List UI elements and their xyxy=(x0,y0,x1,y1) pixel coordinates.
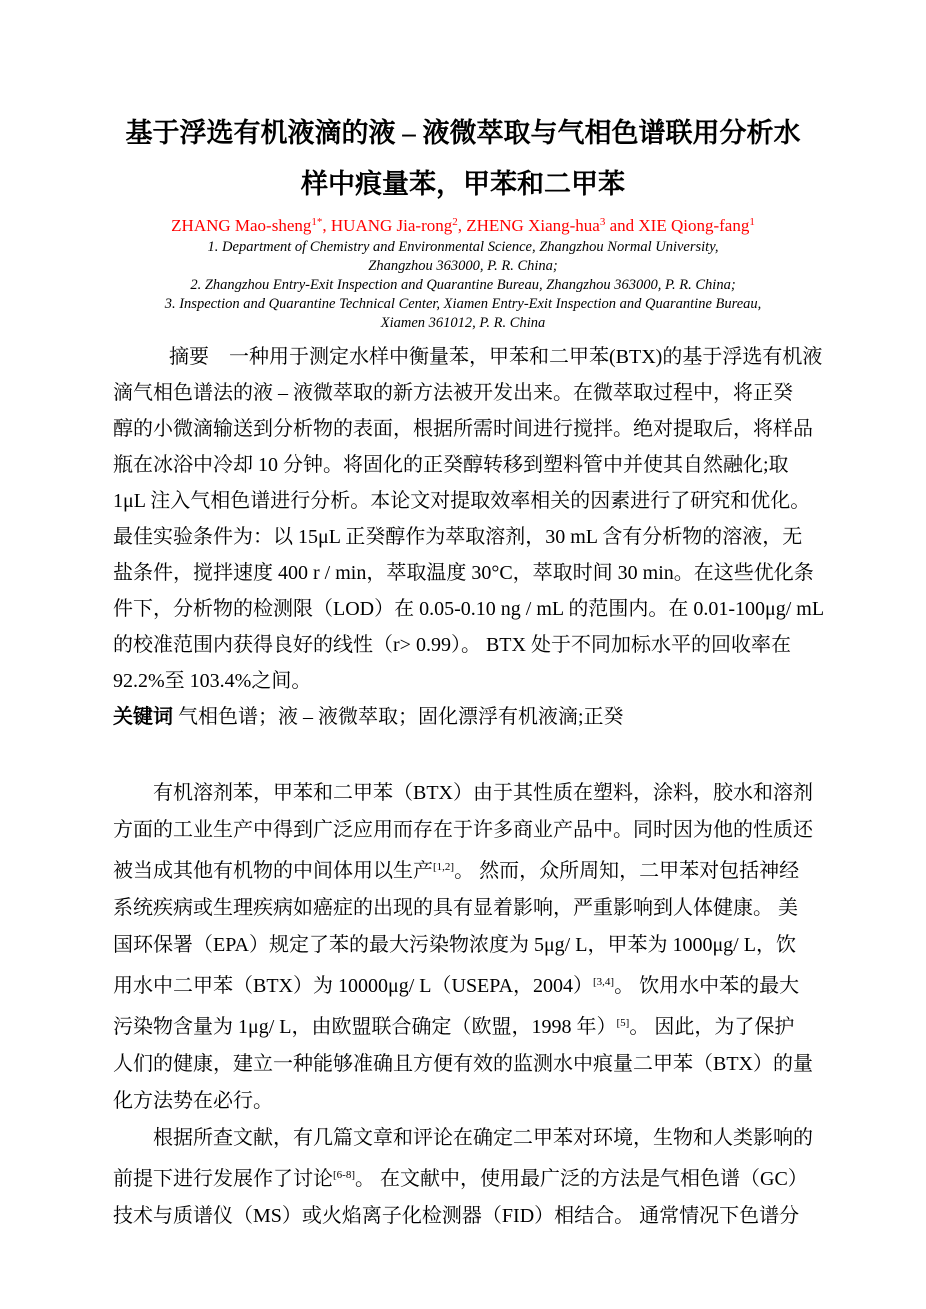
text-segment: , ZHENG Xiang-hua xyxy=(458,216,600,235)
abstract-line: 滴气相色谱法的液 – 液微萃取的新方法被开发出来。在微萃取过程中，将正癸 xyxy=(113,375,813,411)
text-segment: 人们的健康，建立一种能够准确且方便有效的监测水中痕量二甲苯（BTX）的量 xyxy=(113,1053,813,1075)
text-segment: 醇的小微滴输送到分析物的表面，根据所需时间进行搅拌。绝对提取后，将样品 xyxy=(113,418,813,440)
body-line: 人们的健康，建立一种能够准确且方便有效的监测水中痕量二甲苯（BTX）的量 xyxy=(113,1046,813,1083)
document-page: 基于浮选有机液滴的液 – 液微萃取与气相色谱联用分析水样中痕量苯，甲苯和二甲苯 … xyxy=(0,0,926,1309)
text-segment: 有机溶剂苯，甲苯和二甲苯（BTX）由于其性质在塑料，涂料，胶水和溶剂 xyxy=(153,782,813,804)
body-paragraph-2: 根据所查文献，有几篇文章和评论在确定二甲苯对环境，生物和人类影响的前提下进行发展… xyxy=(113,1120,813,1235)
text-segment: 件下，分析物的检测限（LOD）在 0.05-0.10 ng / mL 的范围内。… xyxy=(113,598,824,620)
text-segment: 被当成其他有机物的中间体用以生产 xyxy=(113,860,433,882)
affiliation-line: Xiamen 361012, P. R. China xyxy=(113,314,813,333)
body-text: 有机溶剂苯，甲苯和二甲苯（BTX）由于其性质在塑料，涂料，胶水和溶剂方面的工业生… xyxy=(113,775,813,1235)
body-line: 有机溶剂苯，甲苯和二甲苯（BTX）由于其性质在塑料，涂料，胶水和溶剂 xyxy=(113,775,813,812)
abstract-line: 瓶在冰浴中冷却 10 分钟。将固化的正癸醇转移到塑料管中并使其自然融化;取 xyxy=(113,447,813,483)
body-line: 用水中二甲苯（BTX）为 10000μg/ L（USEPA，2004）[3,4]… xyxy=(113,964,813,1005)
text-segment: 气相色谱；液 – 液微萃取；固化漂浮有机液滴;正癸 xyxy=(173,706,624,728)
citation-superscript: [6-8] xyxy=(333,1169,355,1181)
text-segment: 关键词 xyxy=(113,706,173,728)
text-segment: 92.2%至 103.4%之间。 xyxy=(113,670,311,692)
paper-title: 基于浮选有机液滴的液 – 液微萃取与气相色谱联用分析水样中痕量苯，甲苯和二甲苯 xyxy=(113,108,813,210)
text-segment: 滴气相色谱法的液 – 液微萃取的新方法被开发出来。在微萃取过程中，将正癸 xyxy=(113,382,793,404)
text-segment: ZHANG Mao-sheng xyxy=(171,216,311,235)
text-segment: 样中痕量苯，甲苯和二甲苯 xyxy=(301,169,625,199)
body-line: 根据所查文献，有几篇文章和评论在确定二甲苯对环境，生物和人类影响的 xyxy=(113,1120,813,1157)
text-segment: 的校准范围内获得良好的线性（r> 0.99）。 BTX 处于不同加标水平的回收率… xyxy=(113,634,791,656)
paper-title-line: 样中痕量苯，甲苯和二甲苯 xyxy=(113,159,813,210)
body-line: 化方法势在必行。 xyxy=(113,1083,813,1120)
text-segment: , HUANG Jia-rong xyxy=(322,216,452,235)
text-segment: 最佳实验条件为：以 15μL 正癸醇作为萃取溶剂，30 mL 含有分析物的溶液，… xyxy=(113,526,802,548)
text-segment: 3. Inspection and Quarantine Technical C… xyxy=(165,296,762,312)
keywords-line: 关键词 气相色谱；液 – 液微萃取；固化漂浮有机液滴;正癸 xyxy=(113,699,813,735)
author-names: ZHANG Mao-sheng1*, HUANG Jia-rong2, ZHEN… xyxy=(113,210,813,238)
body-line: 技术与质谱仪（MS）或火焰离子化检测器（FID）相结合。 通常情况下色谱分 xyxy=(113,1198,813,1235)
keywords-text: 关键词 气相色谱；液 – 液微萃取；固化漂浮有机液滴;正癸 xyxy=(113,699,813,735)
text-segment: 用水中二甲苯（BTX）为 10000μg/ L（USEPA，2004） xyxy=(113,975,593,997)
paper-title-line: 基于浮选有机液滴的液 – 液微萃取与气相色谱联用分析水 xyxy=(113,108,813,159)
abstract-line: 醇的小微滴输送到分析物的表面，根据所需时间进行搅拌。绝对提取后，将样品 xyxy=(113,411,813,447)
text-segment: 1. Department of Chemistry and Environme… xyxy=(208,239,719,255)
body-line: 前提下进行发展作了讨论[6-8]。 在文献中，使用最广泛的方法是气相色谱（GC） xyxy=(113,1157,813,1198)
abstract-line: 的校准范围内获得良好的线性（r> 0.99）。 BTX 处于不同加标水平的回收率… xyxy=(113,627,813,663)
abstract-line: 1μL 注入气相色谱进行分析。本论文对提取效率相关的因素进行了研究和优化。 xyxy=(113,483,813,519)
text-segment: 基于浮选有机液滴的液 – 液微萃取与气相色谱联用分析水 xyxy=(126,118,801,148)
body-paragraph-1: 有机溶剂苯，甲苯和二甲苯（BTX）由于其性质在塑料，涂料，胶水和溶剂方面的工业生… xyxy=(113,775,813,1120)
text-segment: 污染物含量为 1μg/ L，由欧盟联合确定（欧盟，1998 年） xyxy=(113,1016,617,1038)
body-line: 污染物含量为 1μg/ L，由欧盟联合确定（欧盟，1998 年）[5]。 因此，… xyxy=(113,1005,813,1046)
body-line: 国环保署（EPA）规定了苯的最大污染物浓度为 5μg/ L，甲苯为 1000μg… xyxy=(113,927,813,964)
abstract-line: 92.2%至 103.4%之间。 xyxy=(113,663,813,699)
citation-superscript: [1,2] xyxy=(433,861,454,873)
text-segment: 。 然而，众所周知，二甲苯对包括神经 xyxy=(454,860,799,882)
abstract-section: 摘要 一种用于测定水样中衡量苯，甲苯和二甲苯(BTX)的基于浮选有机液滴气相色谱… xyxy=(113,339,813,699)
abstract-line: 摘要 一种用于测定水样中衡量苯，甲苯和二甲苯(BTX)的基于浮选有机液 xyxy=(113,339,813,375)
text-segment: 根据所查文献，有几篇文章和评论在确定二甲苯对环境，生物和人类影响的 xyxy=(153,1127,813,1149)
text-segment: 国环保署（EPA）规定了苯的最大污染物浓度为 5μg/ L，甲苯为 1000μg… xyxy=(113,934,796,956)
citation-superscript: [5] xyxy=(617,1017,630,1029)
text-segment: and XIE Qiong-fang xyxy=(605,216,749,235)
text-segment: 系统疾病或生理疾病如癌症的出现的具有显着影响，严重影响到人体健康。 美 xyxy=(113,897,798,919)
citation-superscript: 1 xyxy=(749,216,755,228)
affiliation-line: 2. Zhangzhou Entry-Exit Inspection and Q… xyxy=(113,276,813,295)
abstract-line: 件下，分析物的检测限（LOD）在 0.05-0.10 ng / mL 的范围内。… xyxy=(113,591,813,627)
text-segment: Zhangzhou 363000, P. R. China; xyxy=(368,258,557,274)
body-line: 被当成其他有机物的中间体用以生产[1,2]。 然而，众所周知，二甲苯对包括神经 xyxy=(113,849,813,890)
text-segment: 1μL 注入气相色谱进行分析。本论文对提取效率相关的因素进行了研究和优化。 xyxy=(113,490,810,512)
body-line: 方面的工业生产中得到广泛应用而存在于许多商业产品中。同时因为他的性质还 xyxy=(113,812,813,849)
text-segment: 化方法势在必行。 xyxy=(113,1090,273,1112)
citation-superscript: [3,4] xyxy=(593,976,614,988)
abstract-line: 盐条件，搅拌速度 400 r / min，萃取温度 30°C，萃取时间 30 m… xyxy=(113,555,813,591)
abstract-line: 最佳实验条件为：以 15μL 正癸醇作为萃取溶剂，30 mL 含有分析物的溶液，… xyxy=(113,519,813,555)
text-segment: 瓶在冰浴中冷却 10 分钟。将固化的正癸醇转移到塑料管中并使其自然融化;取 xyxy=(113,454,789,476)
affiliation-line: Zhangzhou 363000, P. R. China; xyxy=(113,257,813,276)
text-segment: 方面的工业生产中得到广泛应用而存在于许多商业产品中。同时因为他的性质还 xyxy=(113,819,813,841)
page-content: 基于浮选有机液滴的液 – 液微萃取与气相色谱联用分析水样中痕量苯，甲苯和二甲苯 … xyxy=(113,0,813,1235)
authors-line: ZHANG Mao-sheng1*, HUANG Jia-rong2, ZHEN… xyxy=(113,210,813,238)
text-segment: 技术与质谱仪（MS）或火焰离子化检测器（FID）相结合。 通常情况下色谱分 xyxy=(113,1205,799,1227)
text-segment: 摘要 一种用于测定水样中衡量苯，甲苯和二甲苯(BTX)的基于浮选有机液 xyxy=(169,346,822,368)
affiliation-line: 1. Department of Chemistry and Environme… xyxy=(113,238,813,257)
text-segment: 2. Zhangzhou Entry-Exit Inspection and Q… xyxy=(190,277,735,293)
affiliations: 1. Department of Chemistry and Environme… xyxy=(113,238,813,333)
text-segment: 前提下进行发展作了讨论 xyxy=(113,1168,333,1190)
text-segment: 盐条件，搅拌速度 400 r / min，萃取温度 30°C，萃取时间 30 m… xyxy=(113,562,814,584)
text-segment: Xiamen 361012, P. R. China xyxy=(381,315,545,331)
citation-superscript: 1* xyxy=(311,216,322,228)
text-segment: 。 饮用水中苯的最大 xyxy=(614,975,799,997)
affiliation-line: 3. Inspection and Quarantine Technical C… xyxy=(113,295,813,314)
text-segment: 。 因此，为了保护 xyxy=(629,1016,794,1038)
body-line: 系统疾病或生理疾病如癌症的出现的具有显着影响，严重影响到人体健康。 美 xyxy=(113,890,813,927)
text-segment: 。 在文献中，使用最广泛的方法是气相色谱（GC） xyxy=(355,1168,808,1190)
